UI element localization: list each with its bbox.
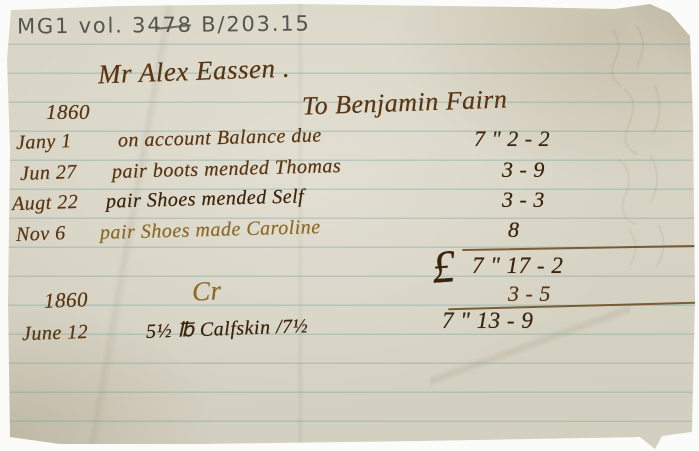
- entry-amount: 8: [508, 217, 520, 243]
- credit-year: 1860: [44, 287, 89, 314]
- scanned-ledger-document: MG1 vol. 3478 B/203.15 Mr Alex Eassen . …: [0, 0, 699, 451]
- paper-sheet: MG1 vol. 3478 B/203.15 Mr Alex Eassen . …: [0, 0, 699, 451]
- archival-reference-note: MG1 vol. 3478 B/203.15: [17, 11, 311, 38]
- debit-total: 7 " 17 - 2: [472, 253, 563, 279]
- entry-amount: 7 " 2 - 2: [474, 126, 550, 152]
- entry-amount: 3 - 9: [502, 157, 545, 183]
- entry-date: Nov 6: [16, 222, 66, 247]
- entry-date: Jun 27: [20, 161, 78, 186]
- credit-label: Cr: [191, 275, 222, 308]
- entry-date: Augt 22: [12, 191, 79, 216]
- pound-sign: £: [430, 239, 457, 294]
- bleed-through-marks: [585, 10, 695, 310]
- entry-amount: 3 - 3: [502, 187, 545, 213]
- balance-total: 7 " 13 - 9: [442, 308, 533, 334]
- credit-amount: 3 - 5: [508, 281, 551, 307]
- entry-date: June 12: [22, 321, 89, 346]
- debit-year: 1860: [46, 100, 90, 125]
- entry-date: Jany 1: [16, 130, 73, 155]
